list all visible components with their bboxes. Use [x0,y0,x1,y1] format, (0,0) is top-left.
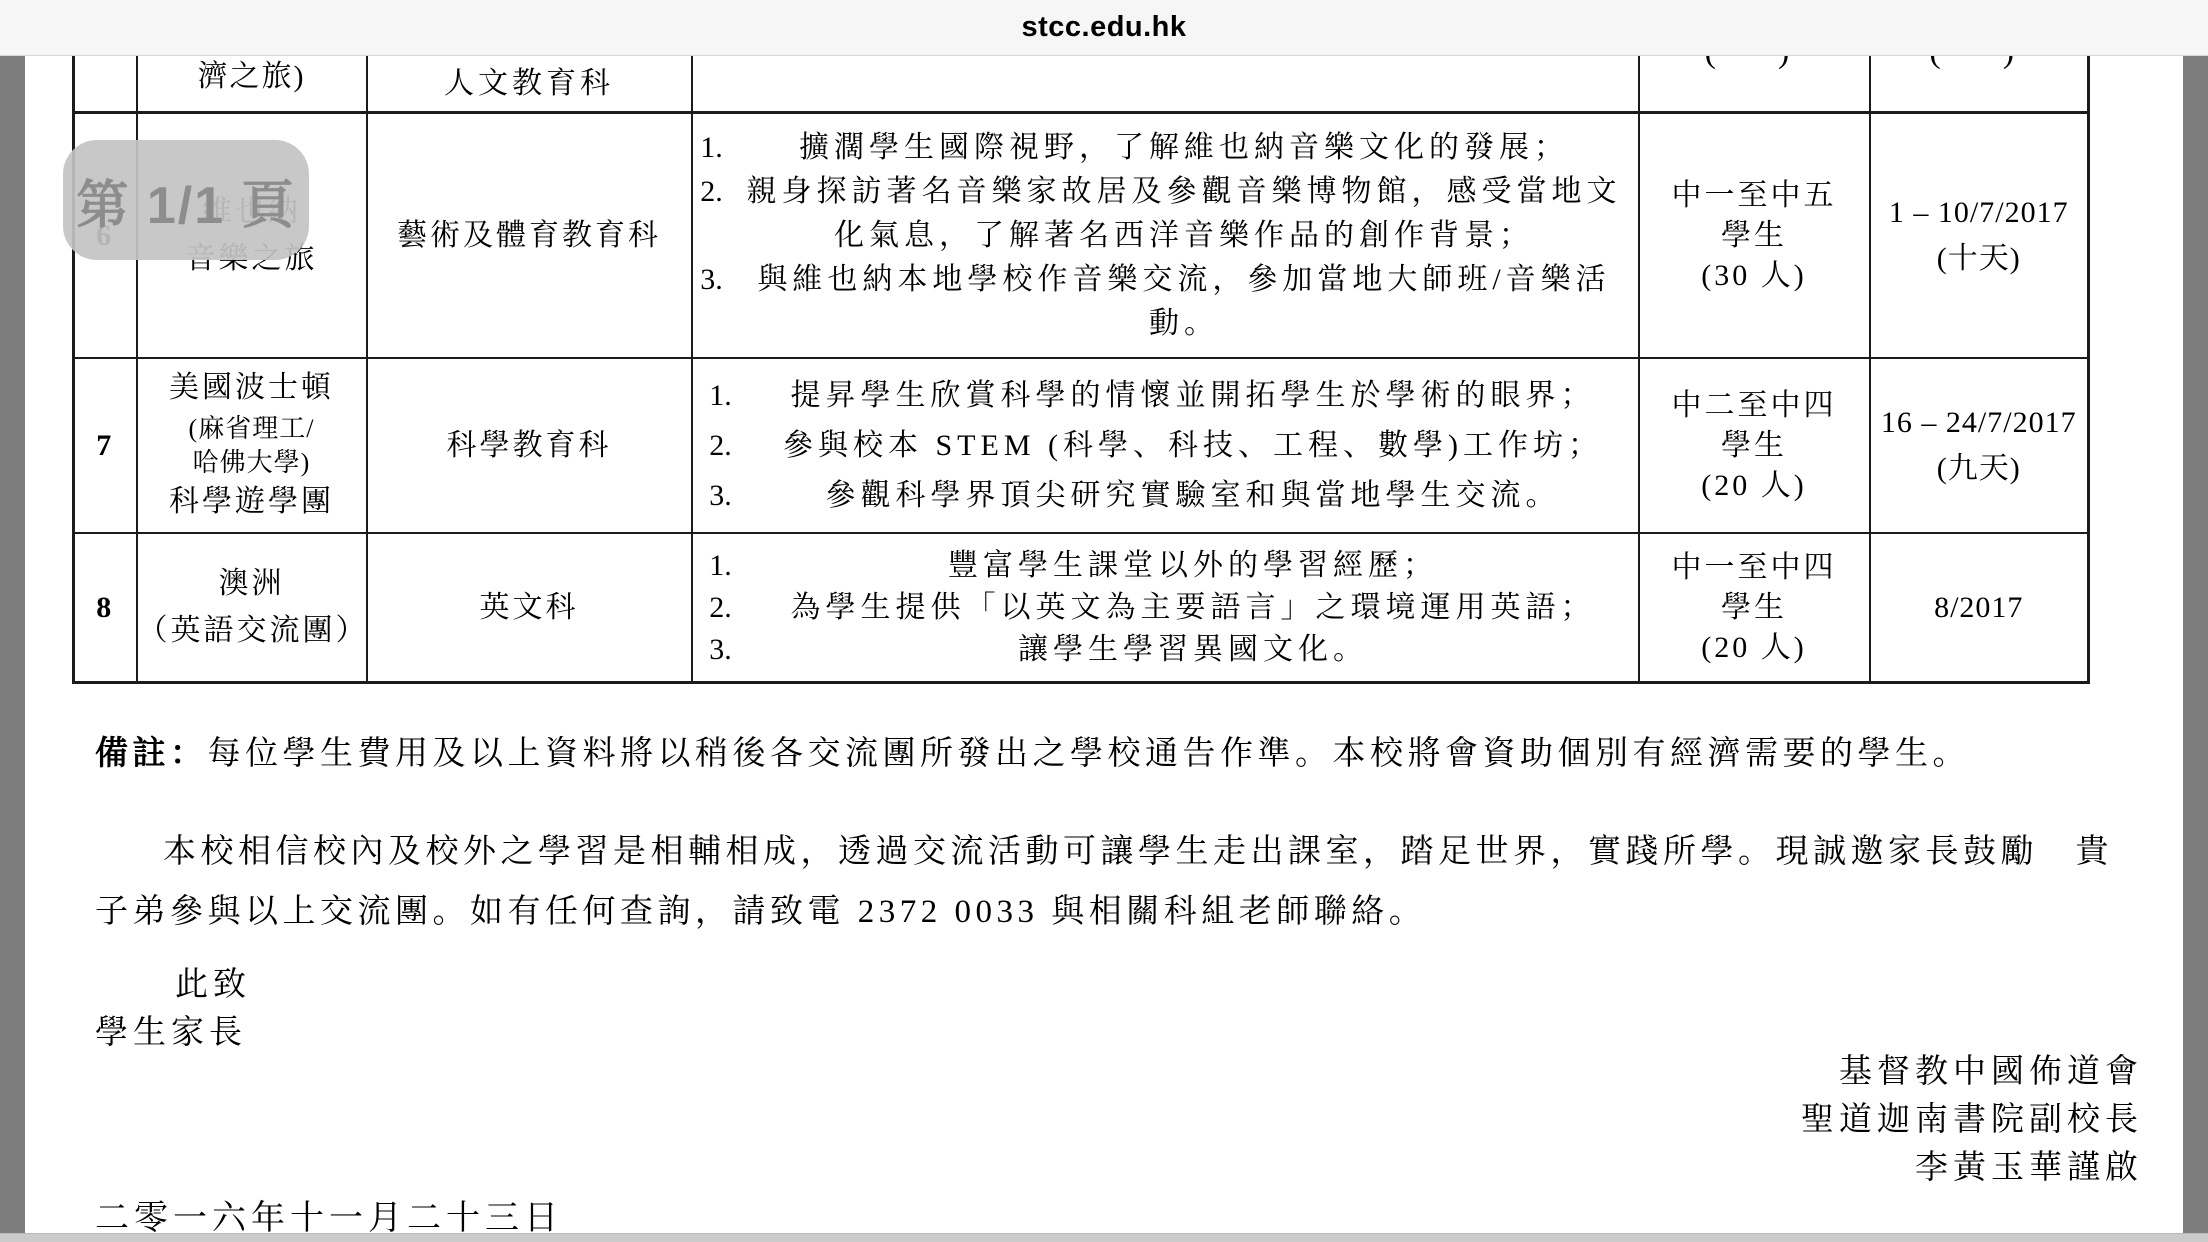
cell-trip-name: 美國波士頓 (麻省理工/ 哈佛大學) 科學遊學團 [137,358,367,533]
remarks-label: 備註： [95,736,208,772]
signature-organization: 基督教中國佈道會 [1801,1048,2143,1096]
cell-department: 英文科 [367,533,692,683]
closing-salute: 此致 [175,958,251,1005]
table-row: 6 維也納 音樂之旅 藝術及體育教育科 1. 擴濶學生國際視野，了解維也納音樂文… [74,113,2089,359]
bottom-edge-bar [0,1233,2208,1242]
cell-dates: ( ) [1870,56,2089,113]
cell-department: 科學教育科 [367,358,692,533]
objective-item: 1. 豐富學生課堂以外的學習經歷； [693,545,1638,587]
objective-item: 2. 參與校本 STEM (科學、科技、工程、數學)工作坊； [693,421,1638,471]
cell-objectives: 1. 擴濶學生國際視野，了解維也納音樂文化的發展； 2. 親身探訪著名音樂家故居… [692,113,1639,359]
cell-dates: 8/2017 [1870,533,2089,683]
department-fragment: 人文教育科 [368,62,691,106]
objective-item: 3. 參觀科學界頂尖研究實驗室和與當地學生交流。 [693,471,1638,521]
cell-number [74,56,137,113]
trip-name-fragment: 濟之旅) [138,56,366,99]
objective-item: 2. 為學生提供「以英文為主要語言」之環境運用英語； [693,587,1638,629]
objective-item: 3. 與維也納本地學校作音樂交流，參加當地大師班/音樂活動。 [693,258,1638,346]
cell-number: 8 [74,533,137,683]
pdf-viewport: 第 1/1 頁 濟之旅) 人文教育科 [0,56,2208,1234]
page-number-badge: 第 1/1 頁 [63,140,309,260]
cell-trip-name: 濟之旅) [137,56,367,113]
cell-objectives [692,56,1639,113]
cell-objectives: 1. 豐富學生課堂以外的學習經歷； 2. 為學生提供「以英文為主要語言」之環境運… [692,533,1639,683]
cell-objectives: 1. 提昇學生欣賞科學的情懷並開拓學生於學術的眼界； 2. 參與校本 STEM … [692,358,1639,533]
cell-students: 中二至中四 學生 (20 人) [1639,358,1870,533]
cell-number: 7 [74,358,137,533]
cell-dates: 1 – 10/7/2017 (十天) [1870,113,2089,359]
cell-students: 中一至中四 學生 (20 人) [1639,533,1870,683]
table-row: 8 澳洲 （英語交流團） 英文科 1. 豐富學生課堂以外的學習經歷； 2. [74,533,2089,683]
remarks-paragraph: 備註：每位學生費用及以上資料將以稍後各交流團所發出之學校通告作準。本校將會資助個… [95,728,2147,780]
objective-item: 1. 提昇學生欣賞科學的情懷並開拓學生於學術的眼界； [693,371,1638,421]
site-title: stcc.edu.hk [1021,11,1186,44]
browser-title-bar[interactable]: stcc.edu.hk [0,0,2208,56]
issue-date: 二零一六年十一月二十三日 [95,1190,563,1234]
students-fragment: ( ) [1705,56,1804,76]
cell-department: 藝術及體育教育科 [367,113,692,359]
cell-students: 中一至中五 學生 (30 人) [1639,113,1870,359]
objective-item: 3. 讓學生學習異國文化。 [693,629,1638,671]
signature-block: 基督教中國佈道會 聖道迦南書院副校長 李黃玉華謹啟 [1801,1048,2143,1192]
cell-trip-name: 澳洲 （英語交流團） [137,533,367,683]
signature-title: 聖道迦南書院副校長 [1801,1096,2143,1144]
cell-department: 人文教育科 [367,56,692,113]
signature-name: 李黃玉華謹啟 [1801,1144,2143,1192]
table-row: 7 美國波士頓 (麻省理工/ 哈佛大學) 科學遊學團 科學教育科 1. 提昇學生… [74,358,2089,533]
page-number-label: 第 1/1 頁 [76,163,295,238]
cell-students: ( ) [1639,56,1870,113]
document-page: 第 1/1 頁 濟之旅) 人文教育科 [25,56,2183,1234]
closing-recipient: 學生家長 [95,1006,247,1053]
objective-item: 1. 擴濶學生國際視野，了解維也納音樂文化的發展； [693,126,1638,170]
remarks-text: 每位學生費用及以上資料將以稍後各交流團所發出之學校通告作準。本校將會資助個別有經… [208,736,1971,772]
cell-dates: 16 – 24/7/2017 (九天) [1870,358,2089,533]
screen: stcc.edu.hk 第 1/1 頁 濟之旅) [0,0,2208,1242]
table-row-partial: 濟之旅) 人文教育科 ( ) ( ) [74,56,2089,113]
dates-fragment: ( ) [1929,56,2028,76]
body-paragraph: 本校相信校內及校外之學習是相輔相成，透過交流活動可讓學生走出課室，踏足世界，實踐… [95,822,2147,942]
tours-table: 濟之旅) 人文教育科 ( ) ( ) 6 維也納 [72,56,2090,684]
objective-item: 2. 親身探訪著名音樂家故居及參觀音樂博物館，感受當地文化氣息，了解著名西洋音樂… [693,170,1638,258]
